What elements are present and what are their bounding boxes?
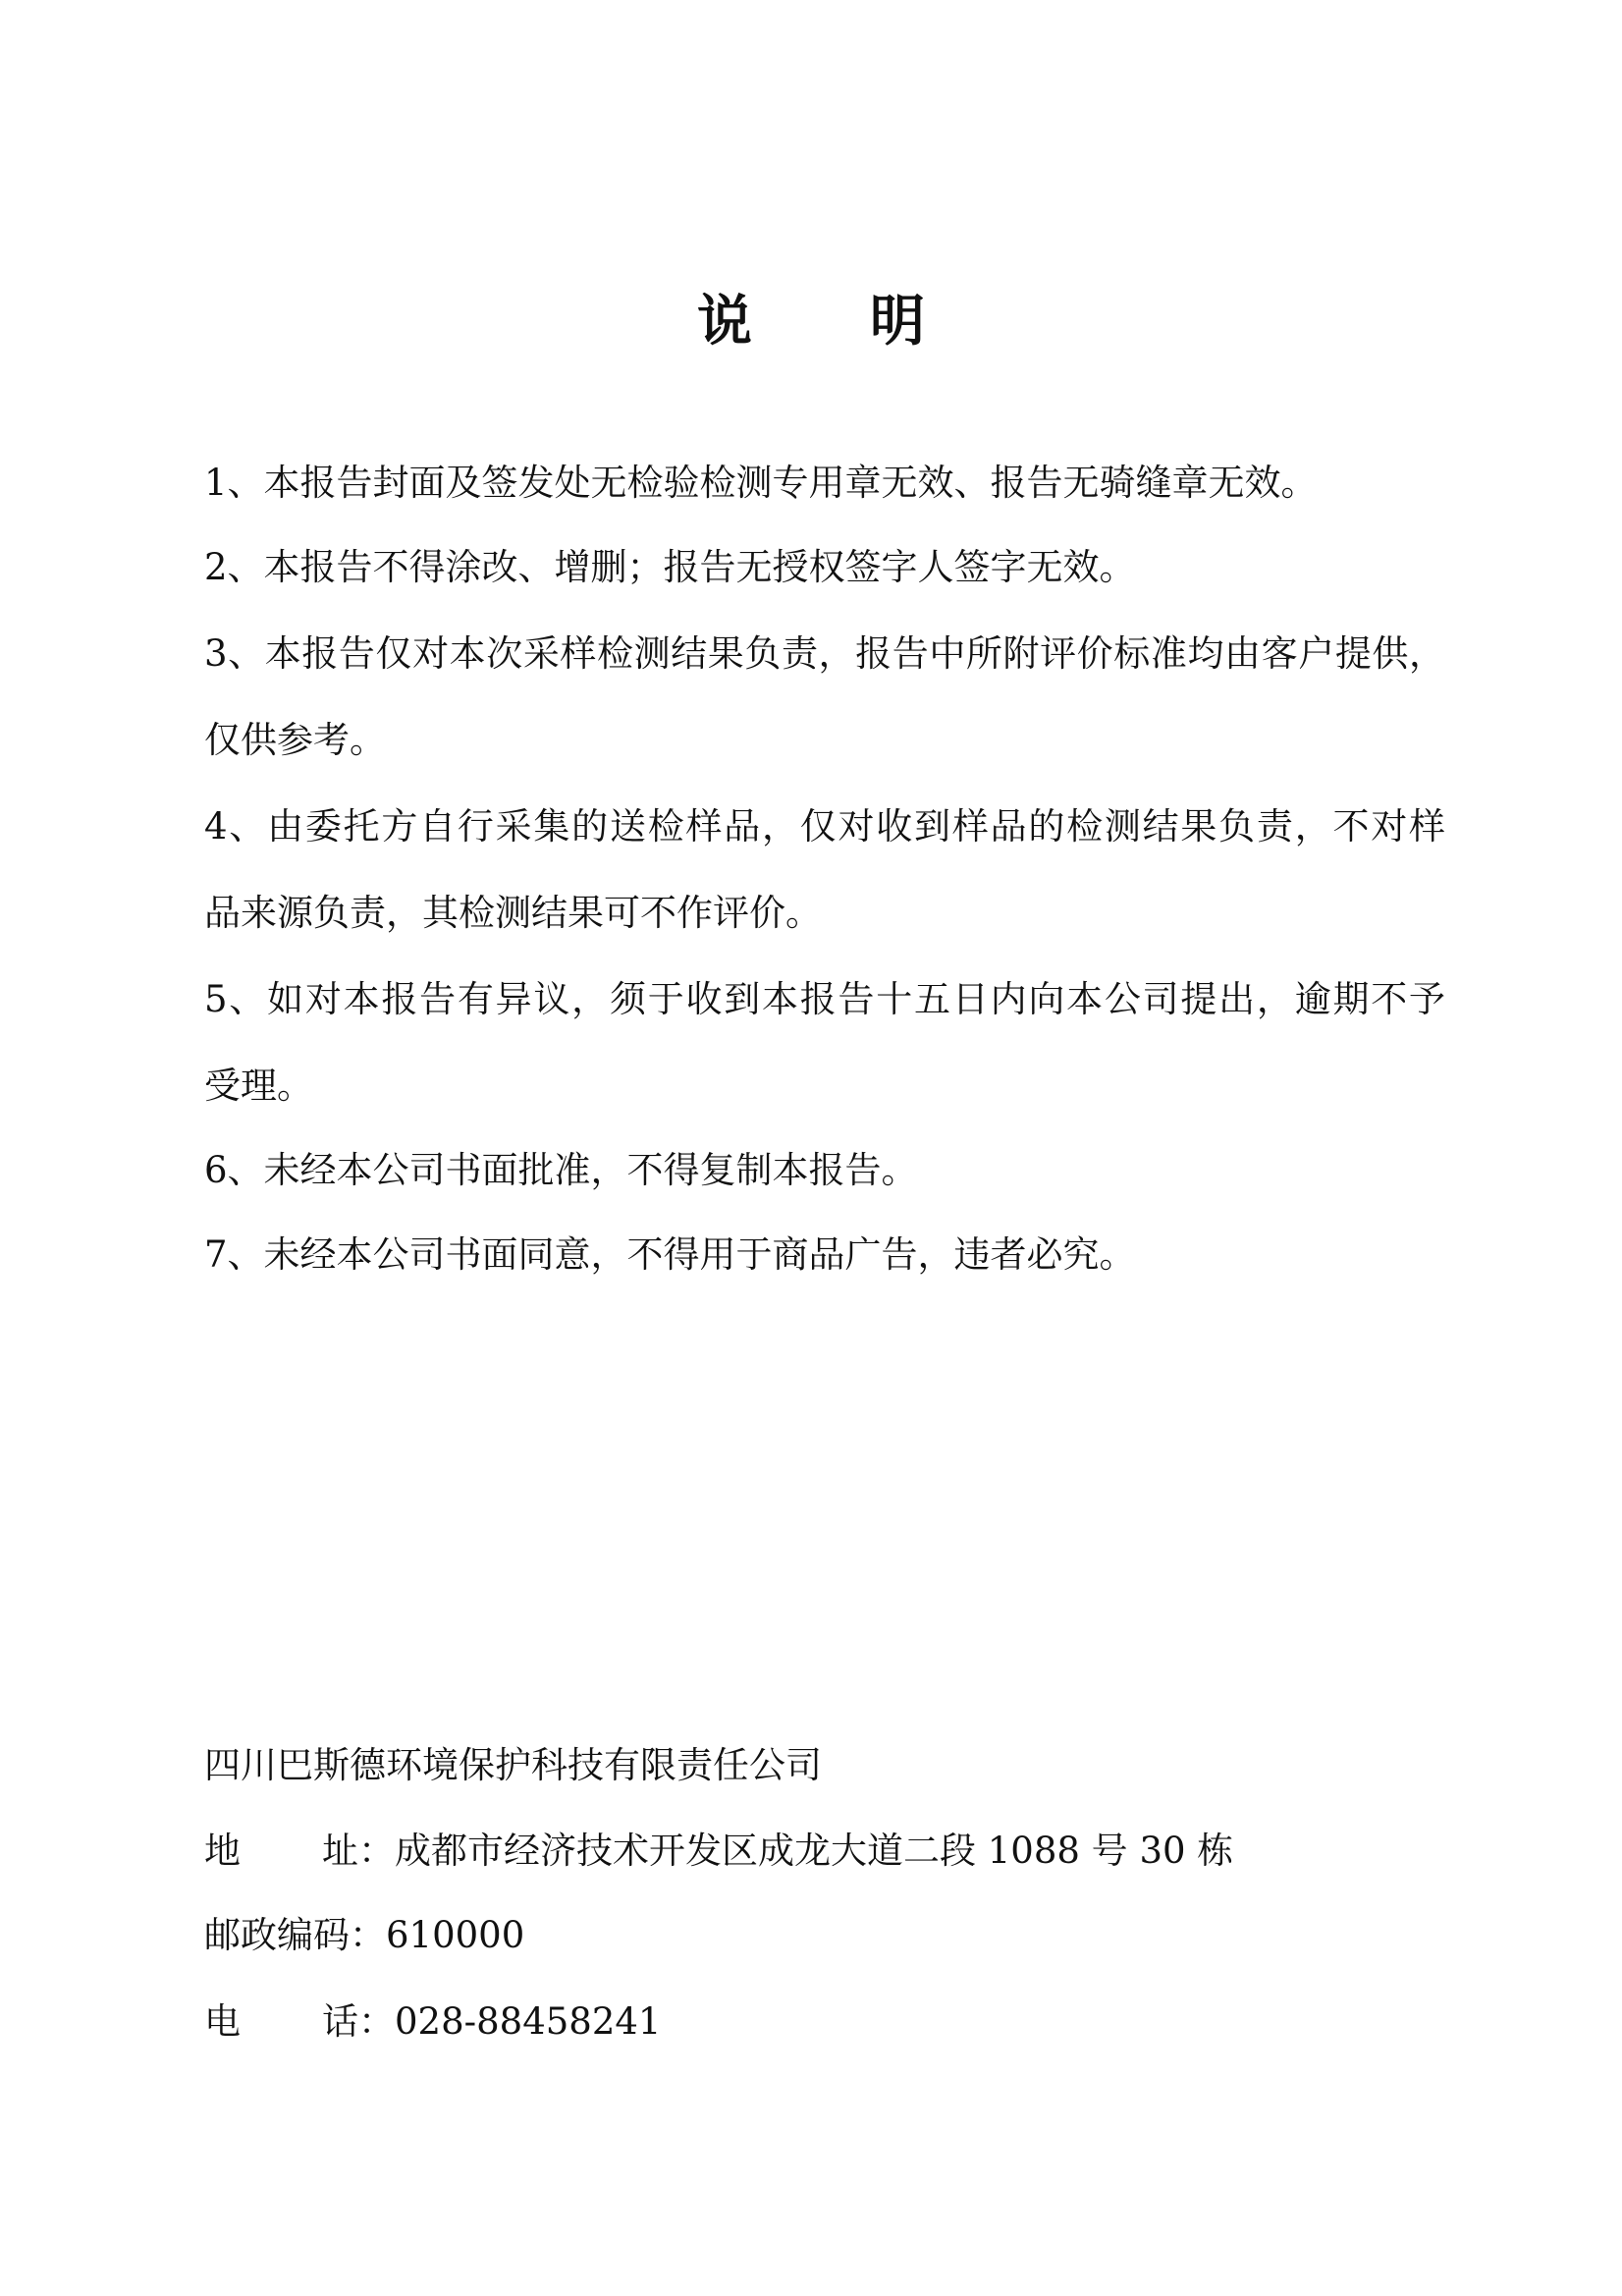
address-label-a: 地: [204, 1831, 322, 1871]
title-char-1: 说: [697, 278, 752, 356]
postcode-value: 610000: [386, 1914, 524, 1956]
phone-label-b: 话：: [322, 2000, 395, 2043]
title-char-2: 明: [870, 278, 925, 356]
note-7: 7、未经本公司书面同意，不得用于商品广告，违者必究。: [204, 1235, 1445, 1275]
phone-value: 028-88458241: [395, 2000, 661, 2043]
phone-label-a: 电: [204, 2002, 322, 2042]
note-4-line-2: 品来源负责，其检测结果可不作评价。: [204, 894, 1445, 933]
address-label-b: 址：: [322, 1830, 395, 1872]
note-3-line-1: 3、本报告仅对本次采样检测结果负责，报告中所附评价标准均由客户提供，: [204, 634, 1445, 674]
page-title: 说明: [0, 278, 1622, 356]
company-name: 四川巴斯德环境保护科技有限责任公司: [204, 1746, 822, 1785]
postcode-label: 邮政编码：: [204, 1914, 386, 1956]
note-1: 1、本报告封面及签发处无检验检测专用章无效、报告无骑缝章无效。: [204, 464, 1445, 503]
phone-line: 电话：028-88458241: [204, 2002, 661, 2042]
note-5-line-2: 受理。: [204, 1066, 1445, 1106]
address-line: 地址：成都市经济技术开发区成龙大道二段 1088 号 30 栋: [204, 1831, 1233, 1871]
note-2: 2、本报告不得涂改、增删；报告无授权签字人签字无效。: [204, 548, 1445, 587]
note-3-line-2: 仅供参考。: [204, 721, 1445, 760]
postcode-line: 邮政编码：610000: [204, 1916, 524, 1955]
address-value: 成都市经济技术开发区成龙大道二段 1088 号 30 栋: [395, 1830, 1233, 1872]
note-6: 6、未经本公司书面批准，不得复制本报告。: [204, 1151, 1445, 1190]
note-4-line-1: 4、由委托方自行采集的送检样品，仅对收到样品的检测结果负责，不对样: [204, 807, 1445, 847]
note-5-line-1: 5、如对本报告有异议，须于收到本报告十五日内向本公司提出，逾期不予: [204, 980, 1445, 1019]
